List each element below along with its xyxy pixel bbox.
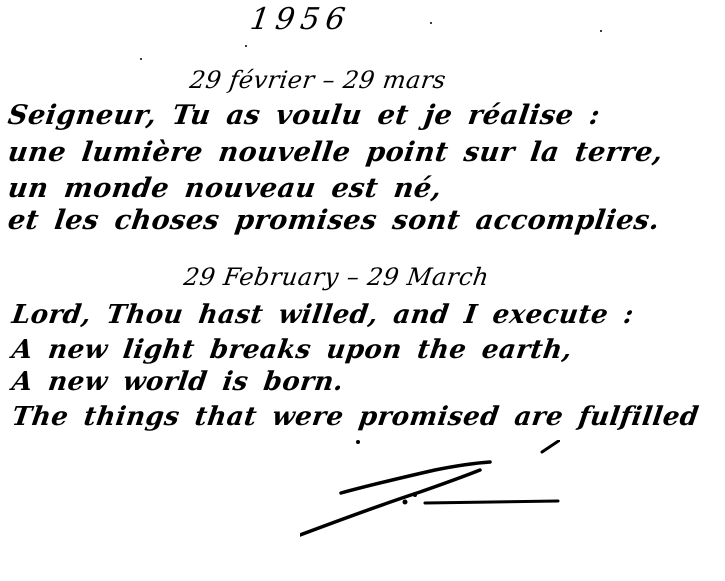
french-line-3: un monde nouveau est né, [6,173,444,204]
english-line-4: The things that were promised are fulfil… [10,402,701,432]
english-line-2: A new light breaks upon the earth, [10,335,574,365]
ink-speck [600,30,602,32]
french-date-heading: 29 février – 29 mars [188,66,448,94]
ink-speck [140,58,142,60]
french-line-2: une lumière nouvelle point sur la terre, [6,137,665,168]
english-line-3: A new world is born. [10,367,346,397]
year-heading: 1956 [248,2,353,37]
ink-speck [245,45,247,47]
french-line-4: et les choses promises sont accomplies. [6,205,662,236]
ink-speck [430,22,432,24]
english-line-1: Lord, Thou hast willed, and I execute : [10,300,636,330]
french-line-1: Seigneur, Tu as voulu et je réalise : [6,100,602,131]
signature-icon [300,440,560,581]
handwritten-document: 1956 29 février – 29 mars Seigneur, Tu a… [0,0,725,581]
english-date-heading: 29 February – 29 March [182,263,491,291]
